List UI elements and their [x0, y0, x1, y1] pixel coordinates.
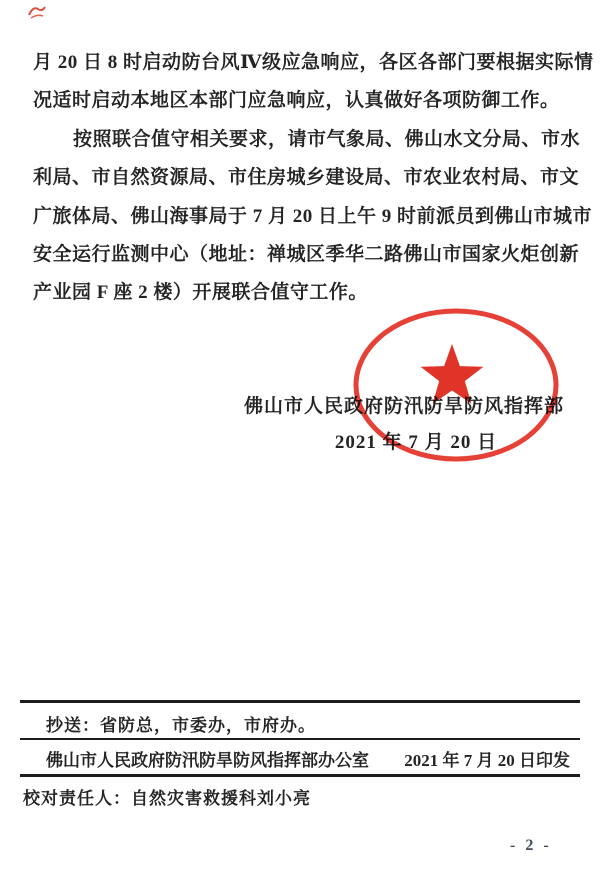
page-number: - 2 - — [510, 837, 570, 855]
cc-line: 抄送：省防总，市委办，市府办。 — [46, 711, 580, 736]
red-ink-mark-icon — [26, 3, 48, 21]
footer-divider — [20, 700, 580, 703]
footer-divider — [20, 738, 580, 740]
official-seal: 佛山市人民政府防汛防旱防风指挥部 — [346, 300, 566, 470]
body-line: 月 20 日 8 时启动防台风Ⅳ级应急响应，各区各部门要根据实际情 — [33, 44, 567, 82]
document-page: 月 20 日 8 时启动防台风Ⅳ级应急响应，各区各部门要根据实际情 况适时启动本… — [0, 0, 600, 877]
issuer-row: 佛山市人民政府防汛防旱防风指挥部办公室 2021 年 7 月 20 日印发 — [46, 746, 570, 771]
body-line: 安全运行监测中心（地址：禅城区季华二路佛山市国家火炬创新 — [33, 236, 567, 274]
body-text: 月 20 日 8 时启动防台风Ⅳ级应急响应，各区各部门要根据实际情 况适时启动本… — [33, 44, 567, 313]
footer-divider — [20, 774, 580, 777]
body-line: 广旅体局、佛山海事局于 7 月 20 日上午 9 时前派员到佛山市城市 — [33, 198, 567, 236]
issuer-office: 佛山市人民政府防汛防旱防风指挥部办公室 — [46, 746, 369, 771]
body-line: 按照联合值守相关要求，请市气象局、佛山水文分局、市水 — [33, 121, 567, 159]
body-line: 利局、市自然资源局、市住房城乡建设局、市农业农村局、市文 — [33, 159, 567, 197]
proofreader-line: 校对责任人：自然灾害救援科刘小亮 — [23, 784, 311, 809]
issue-date: 2021 年 7 月 20 日印发 — [404, 746, 570, 771]
body-line: 况适时启动本地区本部门应急响应，认真做好各项防御工作。 — [33, 82, 567, 120]
red-star-icon — [421, 344, 484, 404]
